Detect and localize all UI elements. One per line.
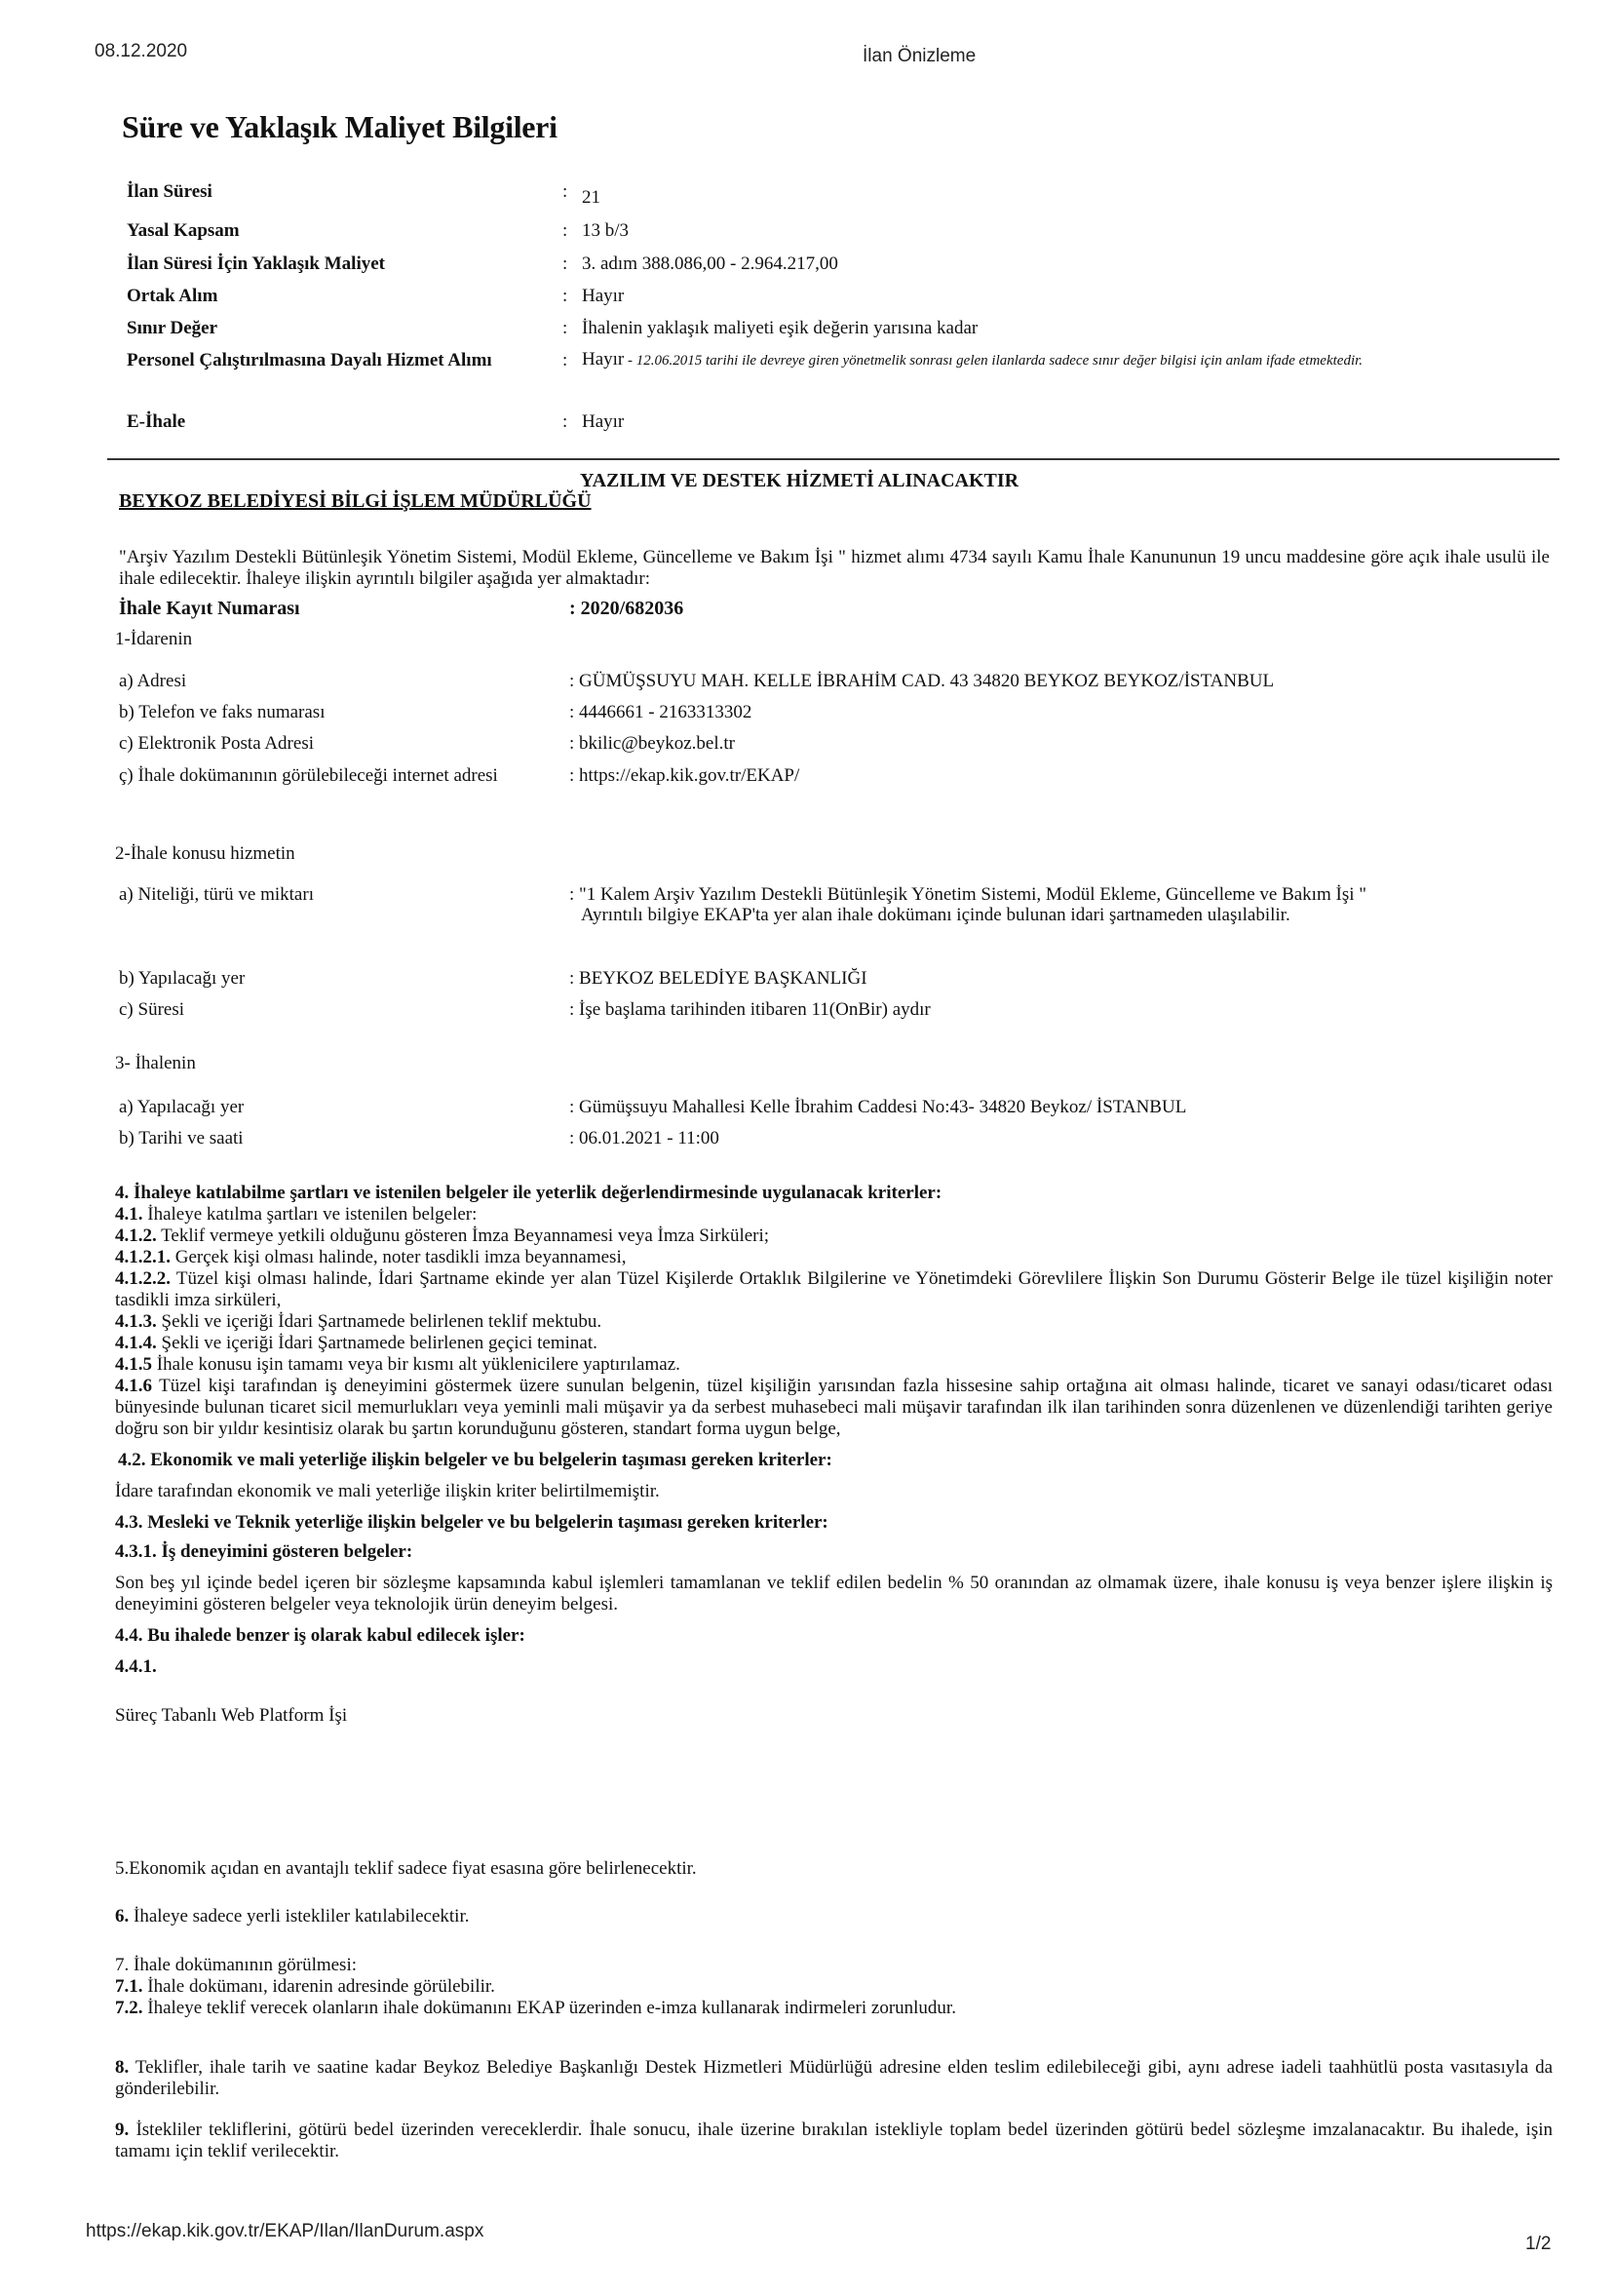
- clause-text: İhale konusu işin tamamı veya bir kısmı …: [152, 1354, 680, 1375]
- section-4: 4. İhaleye katılabilme şartları ve isten…: [115, 1183, 1553, 1727]
- summary-value: Hayır: [582, 411, 1550, 433]
- organization-name: BEYKOZ BELEDİYESİ BİLGİ İŞLEM MÜDÜRLÜĞÜ: [119, 490, 592, 513]
- info-value: : "1 Kalem Arşiv Yazılım Destekli Bütünl…: [569, 884, 1550, 925]
- summary-label: Yasal Kapsam: [127, 220, 562, 242]
- info-label: b) Telefon ve faks numarası: [119, 702, 569, 723]
- summary-value: 13 b/3: [582, 220, 1550, 242]
- clause: 7.1. İhale dokümanı, idarenin adresinde …: [115, 1976, 1553, 1998]
- section-4-2-text: İdare tarafından ekonomik ve mali yeterl…: [115, 1481, 1553, 1502]
- summary-label: Personel Çalıştırılmasına Dayalı Hizmet …: [127, 350, 562, 371]
- summary-value: Hayır - 12.06.2015 tarihi ile devreye gi…: [582, 350, 1550, 370]
- clause-text: İhale dokümanı, idarenin adresinde görül…: [143, 1976, 495, 1997]
- intro-paragraph: "Arşiv Yazılım Destekli Bütünleşik Yönet…: [119, 547, 1550, 590]
- divider: [107, 458, 1559, 460]
- clause-number: 7.1.: [115, 1976, 143, 1997]
- section-4-4-1-title: 4.4.1.: [115, 1656, 1553, 1678]
- clause-number: 4.1.2.1.: [115, 1247, 171, 1267]
- info-row: c) Süresi : İşe başlama tarihinden itiba…: [119, 999, 1550, 1021]
- info-row: c) Elektronik Posta Adresi : bkilic@beyk…: [119, 733, 1550, 755]
- summary-row: Personel Çalıştırılmasına Dayalı Hizmet …: [127, 350, 1550, 411]
- print-date: 08.12.2020: [95, 41, 187, 62]
- section-6: 6. İhaleye sadece yerli istekliler katıl…: [115, 1906, 1553, 1927]
- section-5: 5.Ekonomik açıdan en avantajlı teklif sa…: [115, 1858, 1553, 1880]
- announcement-title: YAZILIM VE DESTEK HİZMETİ ALINACAKTIR: [580, 470, 1019, 492]
- section-2-title: 2-İhale konusu hizmetin: [115, 843, 295, 865]
- clause-text: Gerçek kişi olması halinde, noter tasdik…: [171, 1247, 626, 1267]
- summary-label: Ortak Alım: [127, 286, 562, 307]
- info-value: : bkilic@beykoz.bel.tr: [569, 733, 1550, 755]
- info-label: a) Yapılacağı yer: [119, 1097, 569, 1118]
- section-4-3-title: 4.3. Mesleki ve Teknik yeterliğe ilişkin…: [115, 1512, 1553, 1534]
- clause: 4.1.5 İhale konusu işin tamamı veya bir …: [115, 1354, 1553, 1376]
- summary-value: 21: [582, 181, 1550, 209]
- section-4-2-title: 4.2. Ekonomik ve mali yeterliğe ilişkin …: [115, 1450, 1553, 1471]
- clause: 4.1.2. Teklif vermeye yetkili olduğunu g…: [115, 1226, 1553, 1247]
- info-label: c) Elektronik Posta Adresi: [119, 733, 569, 755]
- clause-text: Teklif vermeye yetkili olduğunu gösteren…: [157, 1226, 769, 1246]
- clause: 4.1.6 Tüzel kişi tarafından iş deneyimin…: [115, 1376, 1553, 1440]
- section-4-4-title: 4.4. Bu ihalede benzer iş olarak kabul e…: [115, 1625, 1553, 1647]
- summary-row: İlan Süresi: 21: [127, 181, 1550, 220]
- registry-label: İhale Kayıt Numarası: [119, 598, 569, 620]
- summary-value-text: Hayır: [582, 349, 624, 370]
- section-9: 9. İstekliler tekliflerini, götürü bedel…: [115, 2120, 1553, 2162]
- clause-text: İhaleye katılma şartları ve istenilen be…: [143, 1204, 478, 1225]
- info-label: b) Yapılacağı yer: [119, 968, 569, 990]
- clause-number: 4.1.2.2.: [115, 1268, 171, 1289]
- clause-number: 4.1.: [115, 1204, 143, 1225]
- clause-number: 9.: [115, 2120, 129, 2140]
- registry-row: İhale Kayıt Numarası : 2020/682036: [119, 598, 1550, 620]
- clause-number: 4.1.4.: [115, 1333, 157, 1353]
- summary-value: Hayır: [582, 286, 1550, 307]
- section-7: 7. İhale dokümanının görülmesi: 7.1. İha…: [115, 1955, 1553, 2019]
- summary-row: Yasal Kapsam: 13 b/3: [127, 220, 1550, 253]
- print-header-title: İlan Önizleme: [863, 46, 976, 67]
- summary-row: Sınır Değer: İhalenin yaklaşık maliyeti …: [127, 318, 1550, 350]
- summary-row: E-İhale: Hayır: [127, 411, 1550, 444]
- clause: 7.2. İhaleye teklif verecek olanların ih…: [115, 1998, 1553, 2019]
- info-row: b) Telefon ve faks numarası : 4446661 - …: [119, 702, 1550, 723]
- clause-text: Şekli ve içeriği İdari Şartnamede belirl…: [157, 1311, 601, 1332]
- footer-url[interactable]: https://ekap.kik.gov.tr/EKAP/Ilan/IlanDu…: [86, 2221, 483, 2242]
- summary-value: 3. adım 388.086,00 - 2.964.217,00: [582, 253, 1550, 275]
- service-details-note: Ayrıntılı bilgiye EKAP'ta yer alan ihale…: [569, 905, 1550, 925]
- summary-label: İlan Süresi İçin Yaklaşık Maliyet: [127, 253, 562, 275]
- service-description: : "1 Kalem Arşiv Yazılım Destekli Bütünl…: [569, 884, 1550, 905]
- section-1-title: 1-İdarenin: [115, 629, 192, 650]
- section-4-title: 4. İhaleye katılabilme şartları ve isten…: [115, 1183, 1553, 1204]
- info-row: b) Yapılacağı yer : BEYKOZ BELEDİYE BAŞK…: [119, 968, 1550, 990]
- info-label: a) Niteliği, türü ve miktarı: [119, 884, 569, 925]
- info-value: : BEYKOZ BELEDİYE BAŞKANLIĞI: [569, 968, 1550, 990]
- clause-number: 4.1.3.: [115, 1311, 157, 1332]
- summary-label: Sınır Değer: [127, 318, 562, 339]
- clause-text: Şekli ve içeriği İdari Şartnamede belirl…: [157, 1333, 597, 1353]
- clause-text: İhaleye sadece yerli istekliler katılabi…: [129, 1906, 469, 1926]
- summary-row: Ortak Alım: Hayır: [127, 286, 1550, 318]
- clause-number: 4.1.2.: [115, 1226, 157, 1246]
- info-row: a) Yapılacağı yer : Gümüşsuyu Mahallesi …: [119, 1097, 1550, 1118]
- section-4-3-1-title: 4.3.1. İş deneyimini gösteren belgeler:: [115, 1541, 1553, 1563]
- page-title: Süre ve Yaklaşık Maliyet Bilgileri: [122, 109, 558, 145]
- clause: 4.1.4. Şekli ve içeriği İdari Şartnamede…: [115, 1333, 1553, 1354]
- info-row: ç) İhale dokümanının görülebileceği inte…: [119, 765, 1550, 786]
- registry-number: : 2020/682036: [569, 598, 1550, 620]
- summary-row: İlan Süresi İçin Yaklaşık Maliyet: 3. ad…: [127, 253, 1550, 286]
- info-value: : Gümüşsuyu Mahallesi Kelle İbrahim Cadd…: [569, 1097, 1550, 1118]
- info-label: ç) İhale dokümanının görülebileceği inte…: [119, 765, 569, 786]
- section-4-4-1-text: Süreç Tabanlı Web Platform İşi: [115, 1705, 1553, 1727]
- section-4-3-1-text: Son beş yıl içinde bedel içeren bir sözl…: [115, 1573, 1553, 1615]
- clause: 4.1.2.1. Gerçek kişi olması halinde, not…: [115, 1247, 1553, 1268]
- summary-label: E-İhale: [127, 411, 562, 433]
- page-number: 1/2: [1525, 2234, 1551, 2255]
- info-row: a) Adresi : GÜMÜŞSUYU MAH. KELLE İBRAHİM…: [119, 671, 1550, 692]
- info-label: a) Adresi: [119, 671, 569, 692]
- info-row: a) Niteliği, türü ve miktarı : "1 Kalem …: [119, 884, 1550, 925]
- clause-number: 4.1.5: [115, 1354, 152, 1375]
- clause: 4.1. İhaleye katılma şartları ve istenil…: [115, 1204, 1553, 1226]
- clause-text: Tüzel kişi tarafından iş deneyimini göst…: [115, 1376, 1553, 1439]
- info-value: : 06.01.2021 - 11:00: [569, 1128, 1550, 1149]
- section-8: 8. Teklifler, ihale tarih ve saatine kad…: [115, 2057, 1553, 2100]
- info-label: c) Süresi: [119, 999, 569, 1021]
- clause-text: Teklifler, ihale tarih ve saatine kadar …: [115, 2057, 1553, 2099]
- clause-text: İhaleye teklif verecek olanların ihale d…: [143, 1998, 956, 2018]
- clause-number: 8.: [115, 2057, 129, 2078]
- summary-note: - 12.06.2015 tarihi ile devreye giren yö…: [624, 353, 1363, 369]
- clause: 4.1.2.2. Tüzel kişi olması halinde, İdar…: [115, 1268, 1553, 1311]
- clause-number: 7.2.: [115, 1998, 143, 2018]
- clause-text: Tüzel kişi olması halinde, İdari Şartnam…: [115, 1268, 1553, 1310]
- clause: 4.1.3. Şekli ve içeriği İdari Şartnamede…: [115, 1311, 1553, 1333]
- clause-text: İstekliler tekliflerini, götürü bedel üz…: [115, 2120, 1553, 2161]
- clause-number: 4.1.6: [115, 1376, 152, 1396]
- summary-label: İlan Süresi: [127, 181, 562, 203]
- info-value: : GÜMÜŞSUYU MAH. KELLE İBRAHİM CAD. 43 3…: [569, 671, 1550, 692]
- section-3-title: 3- İhalenin: [115, 1053, 196, 1074]
- info-label: b) Tarihi ve saati: [119, 1128, 569, 1149]
- summary-table: İlan Süresi: 21 Yasal Kapsam: 13 b/3 İla…: [127, 181, 1550, 444]
- clause-number: 6.: [115, 1906, 129, 1926]
- info-row: b) Tarihi ve saati : 06.01.2021 - 11:00: [119, 1128, 1550, 1149]
- summary-value: İhalenin yaklaşık maliyeti eşik değerin …: [582, 318, 1550, 339]
- info-value: : 4446661 - 2163313302: [569, 702, 1550, 723]
- section-7-title: 7. İhale dokümanının görülmesi:: [115, 1955, 1553, 1976]
- info-value: : İşe başlama tarihinden itibaren 11(OnB…: [569, 999, 1550, 1021]
- info-link[interactable]: : https://ekap.kik.gov.tr/EKAP/: [569, 765, 1550, 786]
